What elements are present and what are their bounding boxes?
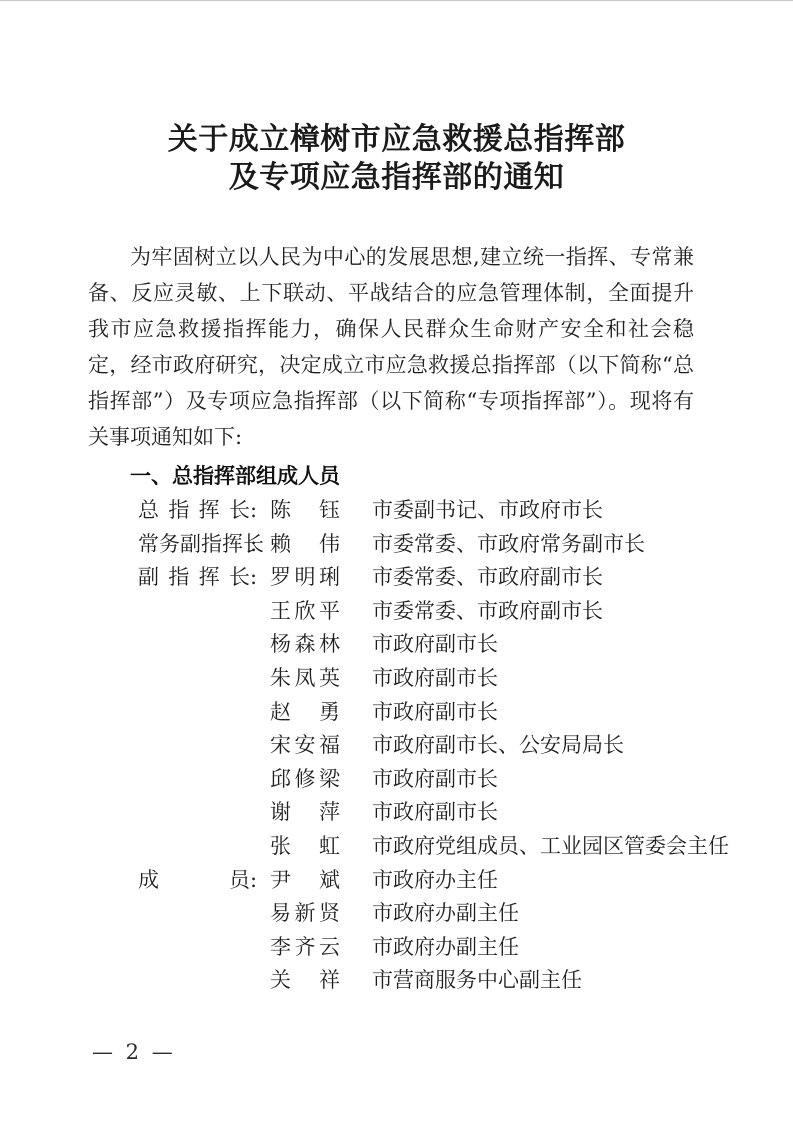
roster-member-title: 市政府党组成员、工业园区管委会主任 [372,830,729,864]
roster-role-label [138,628,250,662]
roster-member-name: 王欣平 [270,595,340,629]
roster-member-name: 谢萍 [270,796,340,830]
roster-member-name: 宋安福 [270,729,340,763]
roster-member-title: 市政府办主任 [372,864,498,898]
roster-role-label [138,897,250,931]
roster-role-label [138,729,250,763]
roster-role-label [138,931,250,965]
roster-role-label [138,964,250,998]
roster-row: 总指挥长:陈钰市委副书记、市政府市长 [138,494,793,528]
roster-member-name: 朱凤英 [270,662,340,696]
roster-row: 杨森林市政府副市长 [138,628,793,662]
roster-role-colon [250,897,270,931]
roster-role-label: 成员 [138,864,250,898]
roster-role-colon [250,662,270,696]
document-page: 关于成立樟树市应急救援总指挥部 及专项应急指挥部的通知 为牢固树立以人民为中心的… [0,0,793,1122]
roster-role-colon [250,729,270,763]
intro-paragraph: 为牢固树立以人民为中心的发展思想,建立统一指挥、专常兼备、反应灵敏、上下联动、平… [88,239,694,455]
roster-member-name: 杨森林 [270,628,340,662]
roster-role-label [138,763,250,797]
roster-row: 宋安福市政府副市长、公安局局长 [138,729,793,763]
page-number: — 2 — [92,1040,176,1064]
roster-member-name: 罗明琍 [270,561,340,595]
roster-member-title: 市委常委、市政府副市长 [372,595,603,629]
roster-role-label [138,830,250,864]
roster-member-title: 市委常委、市政府常务副市长 [372,528,645,562]
roster-row: 常务副指挥长:赖伟市委常委、市政府常务副市长 [138,528,793,562]
roster-member-title: 市政府办副主任 [372,931,519,965]
roster-role-label: 常务副指挥长 [138,528,250,562]
roster-role-colon: : [250,561,270,595]
roster-role-colon [250,796,270,830]
roster-role-colon: : [250,494,270,528]
roster-row: 易新贤市政府办副主任 [138,897,793,931]
roster-member-title: 市政府副市长 [372,763,498,797]
roster-member-name: 赵勇 [270,696,340,730]
roster-row: 李齐云市政府办副主任 [138,931,793,965]
roster-member-name: 尹斌 [270,864,340,898]
roster-role-label [138,796,250,830]
roster-member-name: 关祥 [270,964,340,998]
document-title-line-2: 及专项应急指挥部的通知 [0,159,793,197]
roster-role-colon [250,595,270,629]
roster-role-label: 副指挥长 [138,561,250,595]
roster-role-colon: : [250,528,270,562]
roster-row: 张虹市政府党组成员、工业园区管委会主任 [138,830,793,864]
roster-member-title: 市政府副市长 [372,696,498,730]
roster-row: 成员:尹斌市政府办主任 [138,864,793,898]
roster-member-name: 李齐云 [270,931,340,965]
roster-member-name: 易新贤 [270,897,340,931]
roster-row: 谢萍市政府副市长 [138,796,793,830]
roster-member-title: 市政府办副主任 [372,897,519,931]
roster-row: 邱修梁市政府副市长 [138,763,793,797]
roster-member-name: 赖伟 [270,528,340,562]
roster-row: 副指挥长:罗明琍市委常委、市政府副市长 [138,561,793,595]
roster-member-title: 市政府副市长 [372,628,498,662]
roster-role-label: 总指挥长 [138,494,250,528]
roster-role-colon: : [250,864,270,898]
roster-member-title: 市营商服务中心副主任 [372,964,582,998]
document-title: 关于成立樟树市应急救援总指挥部 及专项应急指挥部的通知 [0,121,793,197]
roster-member-title: 市政府副市长 [372,796,498,830]
roster-role-colon [250,964,270,998]
roster-role-colon [250,830,270,864]
roster-row: 朱凤英市政府副市长 [138,662,793,696]
roster-role-colon [250,763,270,797]
roster-role-colon [250,628,270,662]
roster-row: 赵勇市政府副市长 [138,696,793,730]
roster-list: 总指挥长:陈钰市委副书记、市政府市长 常务副指挥长:赖伟市委常委、市政府常务副市… [138,494,793,998]
roster-role-label [138,595,250,629]
roster-role-colon [250,931,270,965]
roster-member-title: 市委副书记、市政府市长 [372,494,603,528]
roster-role-label [138,696,250,730]
roster-role-label [138,662,250,696]
roster-member-name: 邱修梁 [270,763,340,797]
roster-member-title: 市委常委、市政府副市长 [372,561,603,595]
roster-row: 关祥市营商服务中心副主任 [138,964,793,998]
roster-member-name: 张虹 [270,830,340,864]
roster-member-title: 市政府副市长 [372,662,498,696]
roster-member-name: 陈钰 [270,494,340,528]
roster-role-colon [250,696,270,730]
section-heading: 一、总指挥部组成人员 [88,455,698,492]
roster-member-title: 市政府副市长、公安局局长 [372,729,624,763]
document-title-line-1: 关于成立樟树市应急救援总指挥部 [0,121,793,159]
roster-row: 王欣平市委常委、市政府副市长 [138,595,793,629]
